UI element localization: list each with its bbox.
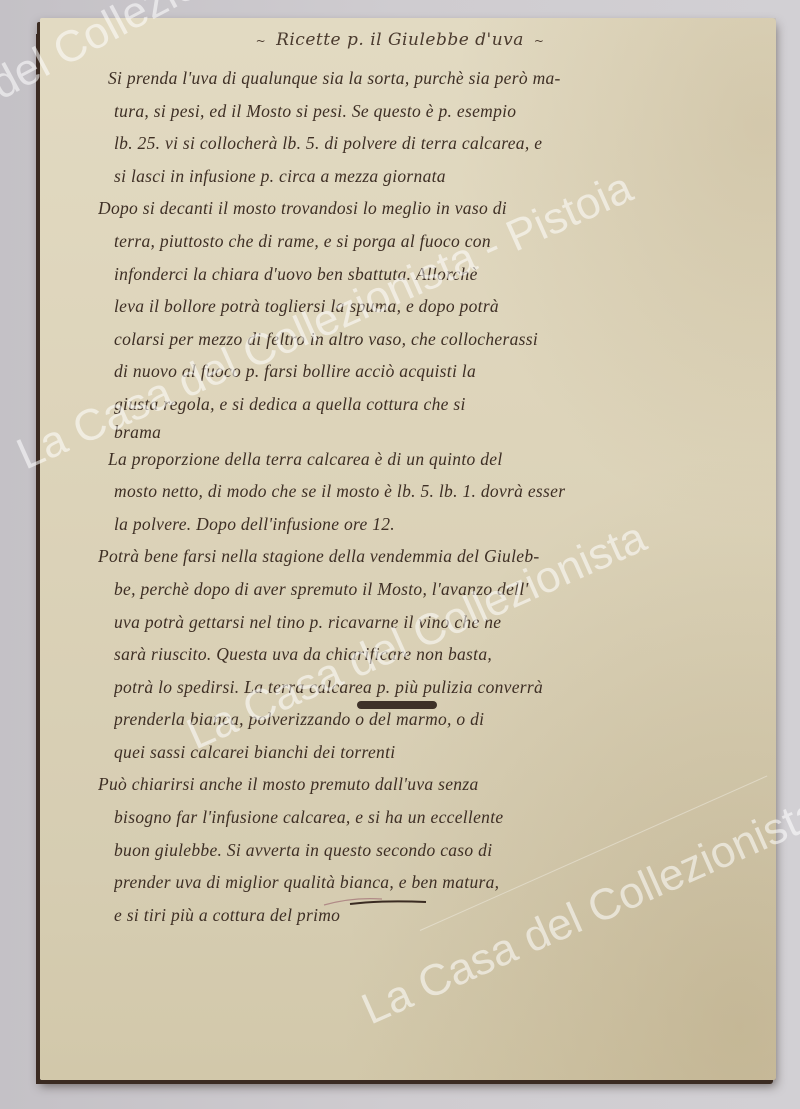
text-line: lb. 25. vi si collocherà lb. 5. di polve… [114,127,768,160]
text-line: terra, piuttosto che di rame, e si porga… [114,225,768,258]
text-line: brama [114,421,768,443]
text-line: bisogno far l'infusione calcarea, e si h… [114,801,768,834]
text-line: Dopo si decanti il mosto trovandosi lo m… [98,192,768,225]
manuscript-body: Si prenda l'uva di qualunque sia la sort… [108,62,768,931]
title-ornament-right: ~ [534,34,545,48]
text-line: prender uva di miglior qualità bianca, e… [114,866,768,899]
text-line: be, perchè dopo di aver spremuto il Most… [114,573,768,606]
text-line: si lasci in infusione p. circa a mezza g… [114,160,768,193]
ink-underline-blot [357,701,437,709]
text-line: colarsi per mezzo di feltro in altro vas… [114,323,768,356]
title-text: Ricette p. il Giulebbe d'uva [276,30,524,50]
text-line: uva potrà gettarsi nel tino p. ricavarne… [114,606,768,639]
manuscript-title: ~ Ricette p. il Giulebbe d'uva ~ [0,30,800,50]
closing-flourish-mark [322,895,432,907]
text-line: Può chiarirsi anche il mosto premuto dal… [98,768,768,801]
title-ornament-left: ~ [256,34,267,48]
paper-left-shadow-edge [36,34,39,1084]
text-line: leva il bollore potrà togliersi la spuma… [114,290,768,323]
text-line: la polvere. Dopo dell'infusione ore 12. [114,508,768,541]
text-line: infonderci la chiara d'uovo ben sbattuta… [114,258,768,291]
text-line: di nuovo al fuoco p. farsi bollire acciò… [114,355,768,388]
text-line: prenderla bianca, polverizzando o del ma… [114,703,768,736]
text-line: Potrà bene farsi nella stagione della ve… [98,540,768,573]
text-line: potrà lo spedirsi. La terra calcarea p. … [114,671,768,704]
text-line: e si tiri più a cottura del primo [114,899,768,932]
text-line: sarà riuscito. Questa uva da chiarificar… [114,638,768,671]
text-line: Si prenda l'uva di qualunque sia la sort… [108,62,768,95]
text-line: La proporzione della terra calcarea è di… [108,443,768,476]
text-line: tura, si pesi, ed il Mosto si pesi. Se q… [114,95,768,128]
text-line: buon giulebbe. Si avverta in questo seco… [114,834,768,867]
text-line: giusta regola, e si dedica a quella cott… [114,388,768,421]
text-line: quei sassi calcarei bianchi dei torrenti [114,736,768,769]
text-line: mosto netto, di modo che se il mosto è l… [114,475,768,508]
